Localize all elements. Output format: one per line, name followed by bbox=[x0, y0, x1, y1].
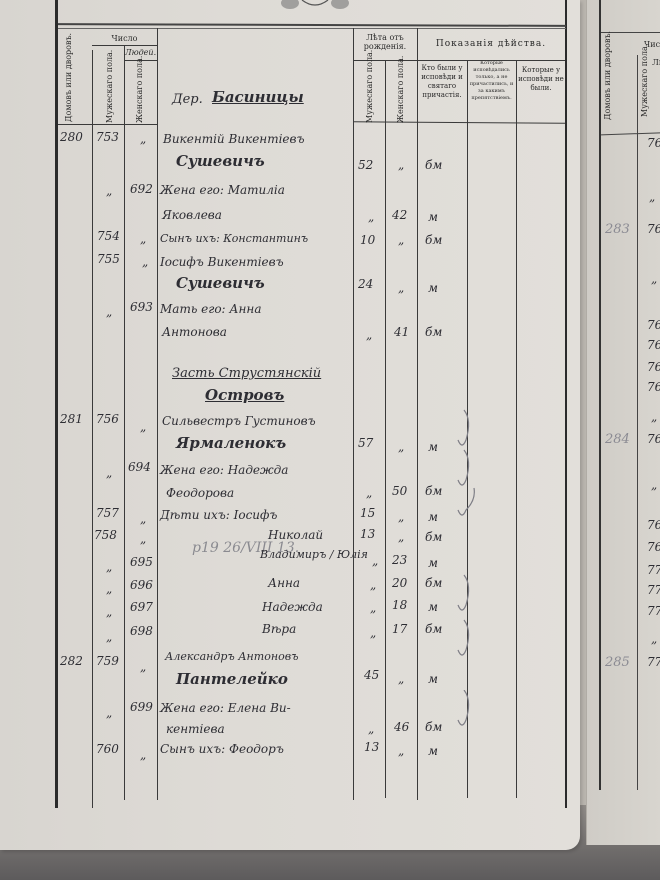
person-name-cont: Феодорова bbox=[166, 486, 234, 500]
female-no: „ bbox=[140, 660, 146, 674]
person-name: Сынъ ихъ: Константинъ bbox=[160, 232, 308, 245]
male-no: „ bbox=[106, 305, 112, 319]
top-rule-thin bbox=[58, 28, 566, 29]
house-no: 282 bbox=[60, 654, 83, 668]
age-female: 42 bbox=[392, 208, 407, 222]
page-frame-left bbox=[55, 0, 58, 808]
adjacent-male-no: 772 bbox=[647, 604, 660, 618]
female-no: 696 bbox=[130, 578, 153, 592]
adjacent-house-no: 283 bbox=[605, 222, 630, 237]
person-name: Вѣра bbox=[262, 622, 296, 636]
header-confession: Показанія дѣйства. bbox=[417, 40, 565, 49]
person-name: Іосифъ Викентіевъ bbox=[160, 255, 284, 269]
header-male: Мужескаго пола. bbox=[105, 63, 115, 123]
confession-mark: м bbox=[428, 510, 438, 524]
header-female: Женскаго пола. bbox=[135, 63, 145, 123]
person-name: Анна bbox=[268, 576, 300, 590]
male-no: 754 bbox=[97, 229, 120, 243]
adjacent-house-no: 284 bbox=[605, 432, 630, 447]
adjacent-male-no: „ bbox=[651, 478, 657, 492]
confession-mark: м bbox=[428, 281, 438, 295]
female-no: 699 bbox=[130, 700, 153, 714]
age-female: „ bbox=[398, 440, 404, 454]
section-title-line2: Островъ bbox=[205, 386, 284, 404]
age-female: „ bbox=[398, 281, 404, 295]
top-double-rule bbox=[58, 23, 566, 27]
adjacent-male-no: „ bbox=[651, 272, 657, 286]
adjacent-male-no: 766 bbox=[647, 380, 660, 394]
male-no: „ bbox=[106, 630, 112, 644]
village-prefix: Дер. bbox=[172, 92, 203, 107]
person-name: Жена его: Елена Ви- bbox=[160, 701, 291, 715]
house-no: 280 bbox=[60, 130, 83, 144]
person-name: Мать его: Анна bbox=[160, 302, 261, 316]
adjacent-page: Число Лю Домовъ или дворовъ. Мужескаго п… bbox=[586, 0, 660, 845]
adjacent-male-no: „ bbox=[651, 632, 657, 646]
female-no: 694 bbox=[128, 460, 151, 474]
male-no: 755 bbox=[97, 252, 120, 266]
header-number: Число bbox=[92, 34, 157, 43]
adjacent-houses-col: Домовъ или дворовъ. bbox=[603, 60, 623, 120]
age-female: „ bbox=[398, 672, 404, 686]
age-male: „ bbox=[370, 601, 376, 615]
person-name-cont: Яковлева bbox=[162, 208, 222, 222]
age-male: 24 bbox=[358, 277, 373, 291]
adjacent-header-people: Лю bbox=[649, 58, 660, 67]
adjacent-male-no: 765 bbox=[647, 360, 660, 374]
confession-mark: бм bbox=[425, 158, 442, 172]
person-name: Александръ Антоновъ bbox=[165, 650, 298, 663]
age-female: 46 bbox=[394, 720, 409, 734]
person-name: Сынъ ихъ: Феодоръ bbox=[160, 742, 284, 756]
person-name: Жена его: Матиліа bbox=[160, 183, 285, 197]
male-no: „ bbox=[106, 706, 112, 720]
col-line-name bbox=[353, 28, 354, 800]
adjacent-male-no: „ bbox=[651, 410, 657, 424]
female-no: „ bbox=[140, 232, 146, 246]
adjacent-house-no: 285 bbox=[605, 655, 630, 670]
female-no: 693 bbox=[130, 300, 153, 314]
age-female: 50 bbox=[392, 484, 407, 498]
adjacent-col-divider bbox=[637, 55, 638, 790]
adjacent-male-no: 762 bbox=[647, 222, 660, 236]
age-female: 41 bbox=[394, 325, 409, 339]
col-line-age-m bbox=[385, 60, 386, 798]
col-line-conf2 bbox=[516, 60, 517, 798]
age-male: „ bbox=[370, 626, 376, 640]
age-male: „ bbox=[368, 210, 374, 224]
age-male: „ bbox=[366, 328, 372, 342]
female-no: 698 bbox=[130, 624, 153, 638]
age-male: 45 bbox=[364, 668, 379, 682]
confession-mark: м bbox=[428, 556, 438, 570]
col-line-male bbox=[124, 45, 125, 800]
person-name: Владимиръ / Юлія bbox=[260, 548, 368, 561]
adjacent-male-no: 763 bbox=[647, 318, 660, 332]
age-female: 18 bbox=[392, 598, 407, 612]
male-no: 759 bbox=[96, 654, 119, 668]
header-rule-number bbox=[92, 45, 157, 46]
col-line-female bbox=[157, 28, 158, 800]
age-female: „ bbox=[398, 744, 404, 758]
adjacent-male-no: „ bbox=[649, 190, 655, 204]
adjacent-male-no: 768 bbox=[647, 518, 660, 532]
age-female: „ bbox=[398, 233, 404, 247]
col-line-houses bbox=[92, 50, 93, 808]
male-no: 760 bbox=[96, 742, 119, 756]
person-name-cont: Антонова bbox=[162, 325, 227, 339]
header-age-female: Женскаго пола. bbox=[396, 63, 406, 123]
surname: Ярмаленокъ bbox=[176, 434, 286, 452]
female-no: „ bbox=[140, 132, 146, 146]
person-name: Надежда bbox=[262, 600, 323, 614]
age-male: 10 bbox=[360, 233, 375, 247]
age-male: „ bbox=[366, 486, 372, 500]
age-female: 17 bbox=[392, 622, 407, 636]
adjacent-male-no: 761 bbox=[647, 136, 660, 150]
age-female: „ bbox=[398, 530, 404, 544]
adjacent-male-no: 764 bbox=[647, 338, 660, 352]
female-no: „ bbox=[142, 255, 148, 269]
person-name: Викентій Викентіевъ bbox=[163, 132, 305, 146]
age-male: 13 bbox=[364, 740, 379, 754]
female-no: „ bbox=[140, 532, 146, 546]
male-no: 757 bbox=[96, 506, 119, 520]
age-female: „ bbox=[398, 158, 404, 172]
person-name: Жена его: Надежда bbox=[160, 463, 288, 477]
female-no: „ bbox=[140, 748, 146, 762]
female-no: 692 bbox=[130, 182, 153, 196]
col-line-age-f bbox=[417, 28, 418, 800]
male-no: „ bbox=[106, 184, 112, 198]
confession-mark: м bbox=[428, 744, 438, 758]
age-male: 57 bbox=[358, 436, 373, 450]
adjacent-male-no: 771 bbox=[647, 583, 660, 597]
surname: Сушевичъ bbox=[176, 152, 265, 170]
age-male: 13 bbox=[360, 527, 375, 541]
page-frame-right bbox=[565, 0, 567, 808]
house-no: 281 bbox=[60, 412, 83, 426]
adjacent-male-col: Мужескаго пола. bbox=[640, 57, 650, 117]
male-no: „ bbox=[106, 466, 112, 480]
header-age: Лѣта отъ рожденія. bbox=[353, 33, 417, 51]
printed-emblem-icon bbox=[270, 0, 360, 10]
pencil-check-marks-icon bbox=[440, 690, 500, 760]
adjacent-male-no: 769 bbox=[647, 540, 660, 554]
adjacent-male-no: 770 bbox=[647, 563, 660, 577]
confession-mark: м bbox=[428, 440, 438, 454]
confession-mark: м bbox=[428, 600, 438, 614]
age-female: 20 bbox=[392, 576, 407, 590]
female-no: 697 bbox=[130, 600, 153, 614]
male-no: „ bbox=[106, 560, 112, 574]
male-no: 756 bbox=[96, 412, 119, 426]
confession-mark: бм bbox=[425, 233, 442, 247]
female-no: „ bbox=[140, 420, 146, 434]
adjacent-header-rule bbox=[601, 132, 660, 136]
age-male: „ bbox=[368, 722, 374, 736]
confession-mark: м bbox=[428, 210, 438, 224]
person-name: Дѣти ихъ: Іосифъ bbox=[160, 508, 277, 522]
age-male: 15 bbox=[360, 506, 375, 520]
female-no: 695 bbox=[130, 555, 153, 569]
adjacent-male-no: 773 bbox=[647, 655, 660, 669]
female-no: „ bbox=[140, 512, 146, 526]
male-no: „ bbox=[106, 605, 112, 619]
person-name: Сильвестръ Густиновъ bbox=[162, 414, 316, 428]
confession-mark: м bbox=[428, 672, 438, 686]
header-bottom-rule-left bbox=[58, 124, 157, 125]
village-name: Басиницы bbox=[212, 88, 304, 106]
header-conf-col3: Которые у исповѣди не были. bbox=[518, 66, 564, 93]
age-male: 52 bbox=[358, 158, 373, 172]
header-conf-col1: Кто были у исповѣди и святаго причастія. bbox=[419, 64, 465, 100]
adjacent-page-frame bbox=[599, 0, 601, 790]
register-page: Число Людей. Домовъ или дворовъ. Мужеска… bbox=[0, 0, 580, 850]
header-houses: Домовъ или дворовъ. bbox=[64, 62, 84, 122]
adjacent-male-no: 767 bbox=[647, 432, 660, 446]
header-rule-right bbox=[353, 60, 565, 61]
pencil-check-marks-icon bbox=[440, 400, 500, 690]
person-name-cont: кентіева bbox=[166, 722, 225, 736]
age-male: „ bbox=[370, 578, 376, 592]
header-conf-col2: Которые исповѣдались только, а не причас… bbox=[468, 60, 515, 102]
section-title-line1: Засть Струстянскій bbox=[172, 366, 321, 381]
age-female: „ bbox=[398, 510, 404, 524]
male-no: 758 bbox=[94, 528, 117, 542]
surname: Сушевичъ bbox=[176, 274, 265, 292]
male-no: „ bbox=[106, 582, 112, 596]
header-age-male: Мужескаго пола. bbox=[365, 63, 375, 123]
male-no: 753 bbox=[96, 130, 119, 144]
confession-mark: бм bbox=[425, 325, 442, 339]
age-male: „ bbox=[372, 554, 378, 568]
surname: Пантелейко bbox=[176, 670, 288, 688]
age-female: 23 bbox=[392, 553, 407, 567]
